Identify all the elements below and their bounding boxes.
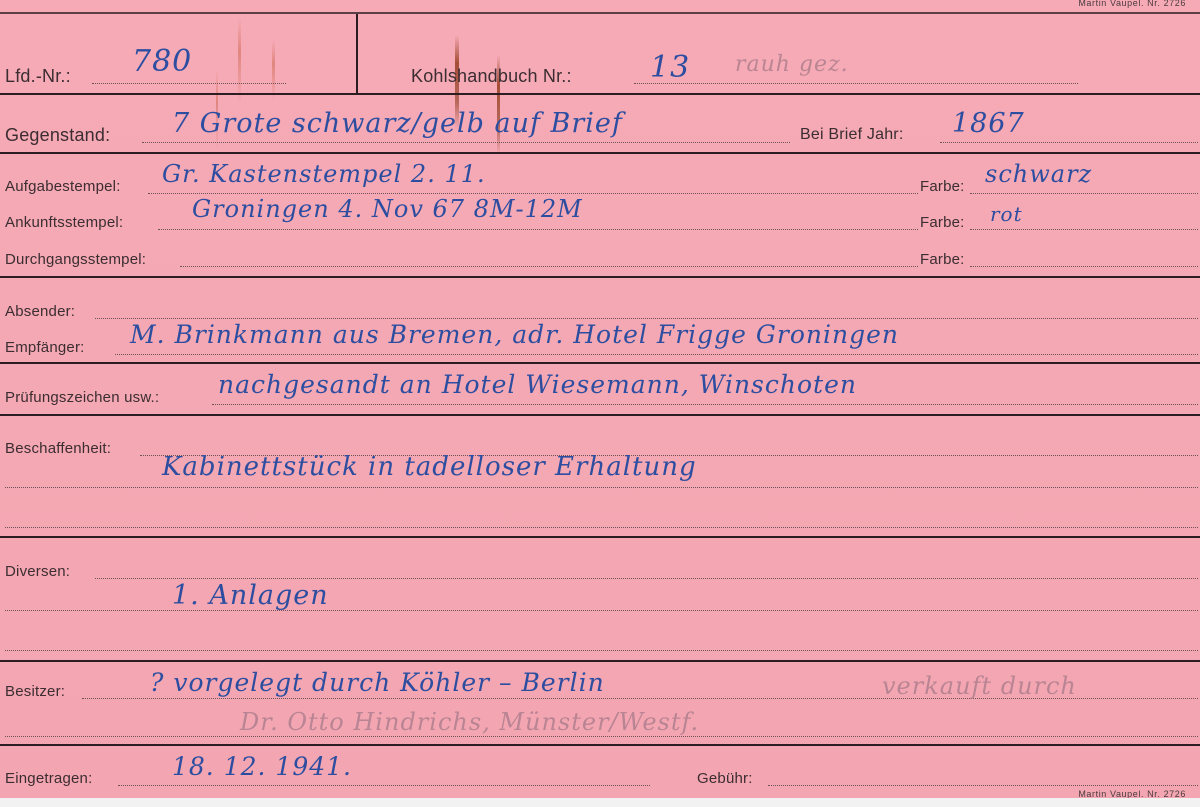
gegenstand-label: Gegenstand: bbox=[5, 125, 110, 146]
bei-brief-jahr-dots bbox=[940, 142, 1198, 143]
diversen-label: Diversen: bbox=[5, 563, 70, 580]
rule bbox=[0, 152, 1200, 154]
gegenstand-dots bbox=[142, 142, 790, 143]
rule bbox=[0, 660, 1200, 662]
ankunftsstempel-farbe-dots bbox=[970, 229, 1198, 230]
aufgabestempel-farbe-dots bbox=[970, 193, 1198, 194]
beschaffenheit-dots-3 bbox=[5, 527, 1198, 528]
gebuehr-dots bbox=[768, 785, 1198, 786]
lfd-nr-dots bbox=[92, 83, 286, 84]
ankunftsstempel-farbe-label: Farbe: bbox=[920, 214, 965, 231]
ankunftsstempel-farbe-value[interactable]: rot bbox=[990, 202, 1023, 226]
besitzer-dots-2 bbox=[5, 736, 1198, 737]
aufgabestempel-farbe-label: Farbe: bbox=[920, 178, 965, 195]
lfd-nr-value[interactable]: 780 bbox=[132, 44, 192, 79]
top-border bbox=[0, 12, 1200, 14]
kohlshandbuch-pencil-note: rauh gez. bbox=[735, 52, 849, 77]
aufgabestempel-farbe-value[interactable]: schwarz bbox=[985, 160, 1092, 188]
kohlshandbuch-label: Kohlshandbuch Nr.: bbox=[411, 66, 572, 87]
durchgangsstempel-dots bbox=[180, 266, 918, 267]
ankunftsstempel-dots bbox=[158, 229, 918, 230]
kohlshandbuch-dots bbox=[634, 83, 1078, 84]
aufgabestempel-label: Aufgabestempel: bbox=[5, 178, 121, 195]
eingetragen-dots bbox=[118, 785, 650, 786]
beschaffenheit-label: Beschaffenheit: bbox=[5, 440, 111, 457]
rust-stain bbox=[272, 40, 275, 100]
rule bbox=[0, 744, 1200, 746]
diversen-value[interactable]: 1. Anlagen bbox=[172, 580, 329, 611]
beschaffenheit-dots-2 bbox=[5, 487, 1198, 488]
ankunftsstempel-value[interactable]: Groningen 4. Nov 67 8M-12M bbox=[192, 195, 583, 223]
bei-brief-jahr-label: Bei Brief Jahr: bbox=[800, 126, 903, 144]
lfd-nr-label: Lfd.-Nr.: bbox=[5, 66, 71, 87]
rule bbox=[0, 276, 1200, 278]
rule bbox=[0, 362, 1200, 364]
besitzer-value[interactable]: ? vorgelegt durch Köhler – Berlin bbox=[150, 668, 605, 697]
pruefungszeichen-dots bbox=[212, 404, 1198, 405]
besitzer-label: Besitzer: bbox=[5, 683, 65, 700]
aufgabestempel-dots bbox=[148, 193, 918, 194]
eingetragen-value[interactable]: 18. 12. 1941. bbox=[172, 752, 352, 781]
header-divider bbox=[356, 14, 358, 94]
empfaenger-value[interactable]: M. Brinkmann aus Bremen, adr. Hotel Frig… bbox=[130, 320, 899, 349]
rule bbox=[0, 536, 1200, 538]
diversen-dots-3 bbox=[5, 650, 1198, 651]
empfaenger-label: Empfänger: bbox=[5, 339, 85, 356]
rule bbox=[0, 93, 1200, 95]
printer-mark-top: Martin Vaupel. Nr. 2726 bbox=[1078, 0, 1186, 8]
kohlshandbuch-value[interactable]: 13 bbox=[650, 50, 690, 85]
diversen-dots bbox=[95, 578, 1198, 579]
beschaffenheit-value[interactable]: Kabinettstück in tadelloser Erhaltung bbox=[162, 452, 697, 482]
besitzer-pencil-line1: verkauft durch bbox=[882, 672, 1077, 700]
durchgangsstempel-label: Durchgangsstempel: bbox=[5, 251, 146, 268]
aufgabestempel-value[interactable]: Gr. Kastenstempel 2. 11. bbox=[162, 160, 486, 188]
besitzer-pencil-line2: Dr. Otto Hindrichs, Münster/Westf. bbox=[240, 708, 699, 736]
pruefungszeichen-value[interactable]: nachgesandt an Hotel Wiesemann, Winschot… bbox=[218, 370, 857, 399]
bei-brief-jahr-value[interactable]: 1867 bbox=[952, 108, 1025, 139]
absender-dots bbox=[95, 318, 1198, 319]
scan-bottom-edge bbox=[0, 798, 1200, 807]
durchgangsstempel-farbe-label: Farbe: bbox=[920, 251, 965, 268]
absender-label: Absender: bbox=[5, 303, 75, 320]
eingetragen-label: Eingetragen: bbox=[5, 770, 92, 787]
rule bbox=[0, 414, 1200, 416]
empfaenger-dots bbox=[115, 354, 1198, 355]
ankunftsstempel-label: Ankunftsstempel: bbox=[5, 214, 123, 231]
pruefungszeichen-label: Prüfungszeichen usw.: bbox=[5, 389, 159, 406]
gebuehr-label: Gebühr: bbox=[697, 770, 753, 787]
catalog-index-card: Martin Vaupel. Nr. 2726 Lfd.-Nr.: 780 Ko… bbox=[0, 0, 1200, 807]
durchgangsstempel-farbe-dots bbox=[970, 266, 1198, 267]
gegenstand-value[interactable]: 7 Grote schwarz/gelb auf Brief bbox=[172, 108, 623, 139]
rust-stain bbox=[238, 18, 241, 103]
